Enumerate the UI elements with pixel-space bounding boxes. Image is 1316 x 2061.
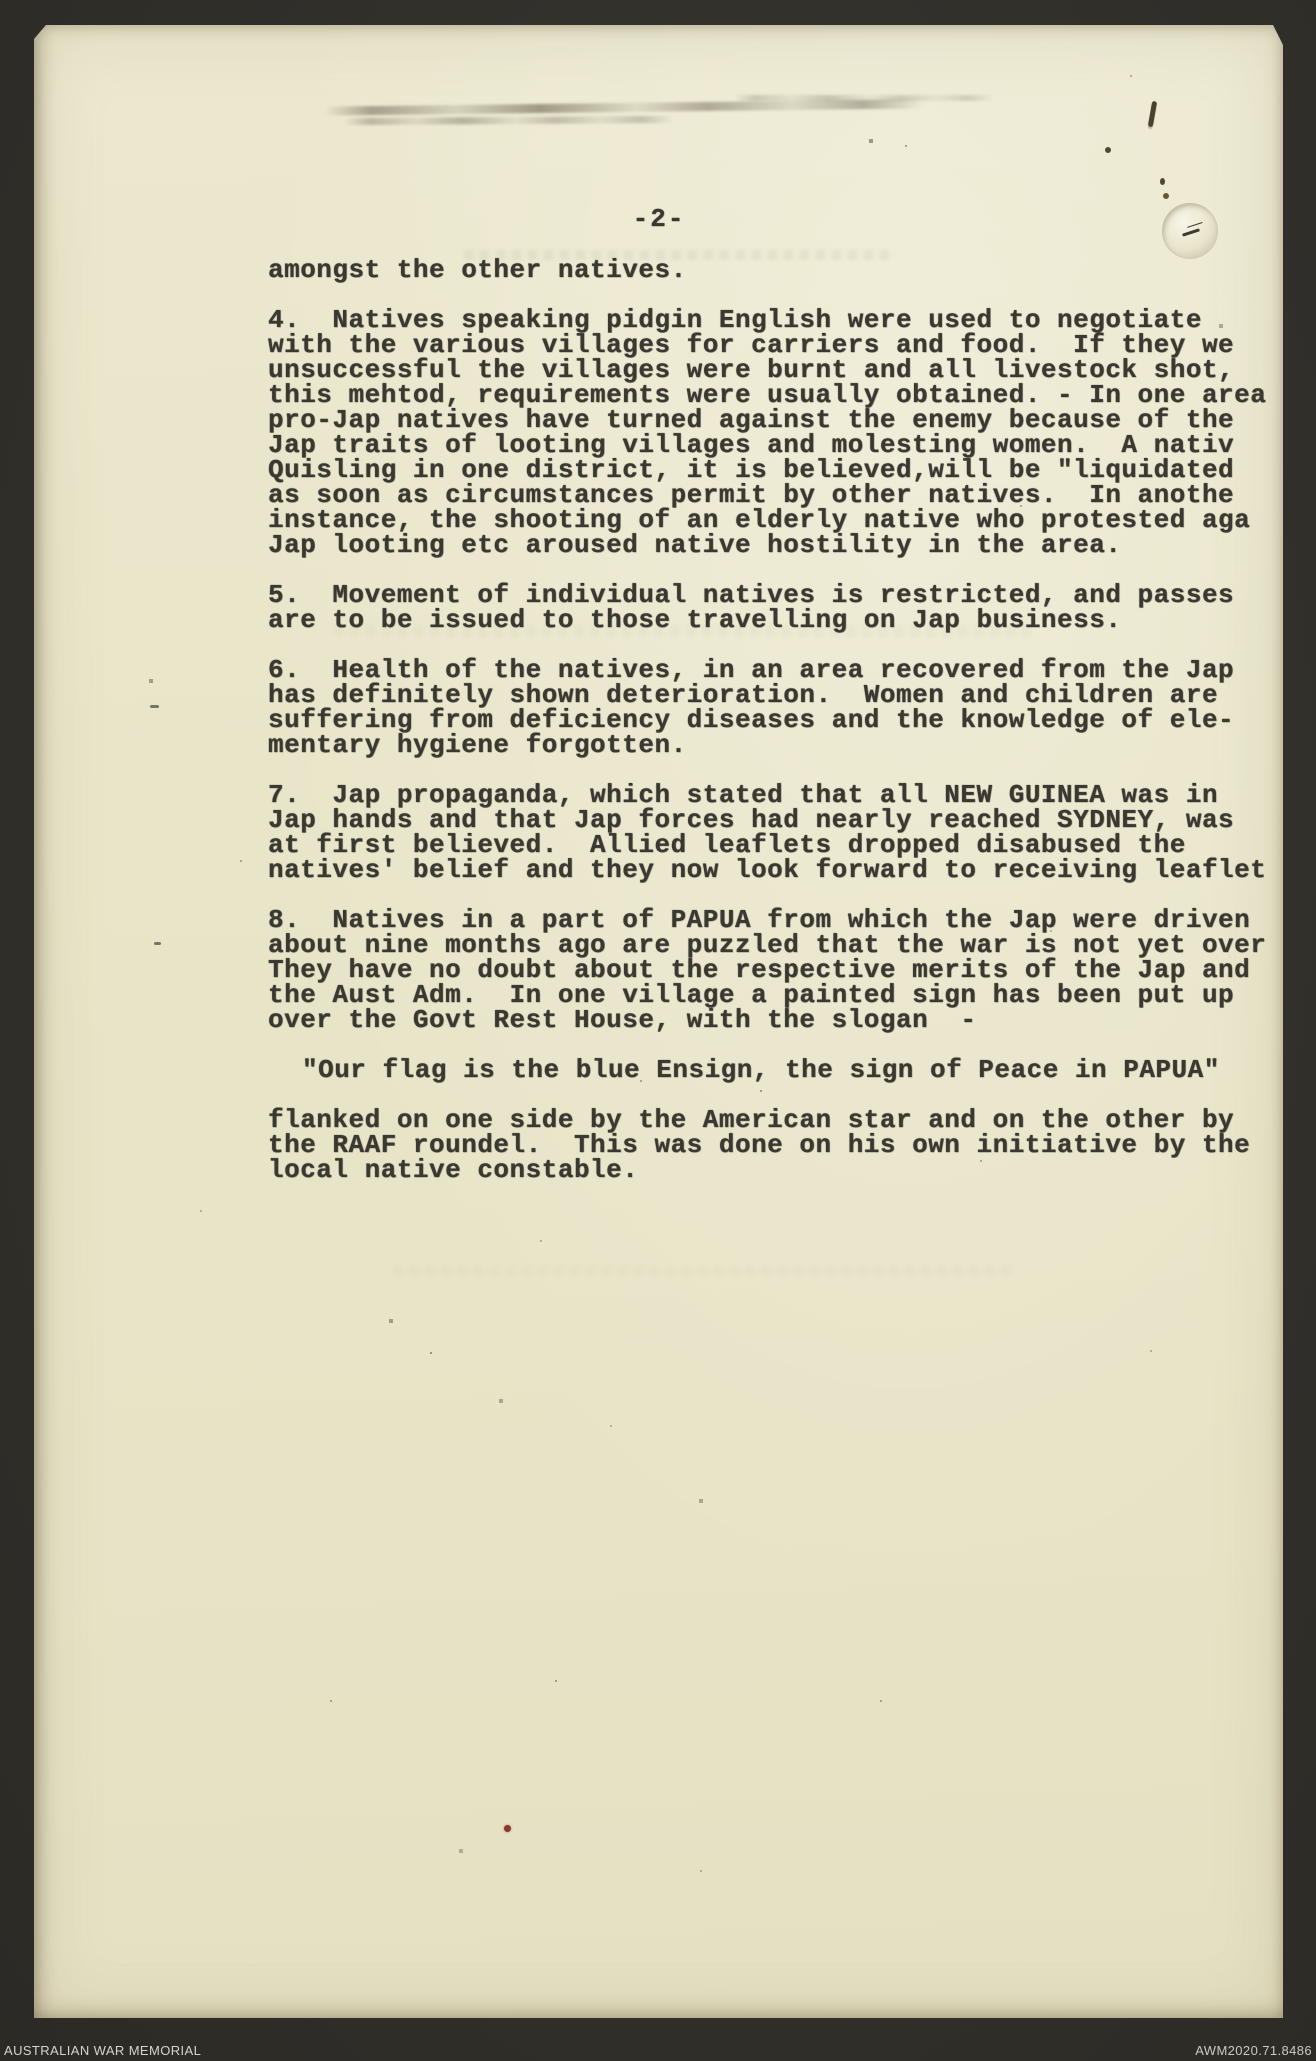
opening-line: amongst the other natives. — [268, 258, 1278, 283]
slogan-quote: "Our flag is the blue Ensign, the sign o… — [302, 1058, 1278, 1083]
stray-ink-mark — [154, 942, 161, 945]
paragraph-7: 7. Jap propaganda, which stated that all… — [268, 783, 1278, 883]
pinhole-slit-mark — [1148, 101, 1157, 127]
ink-smudge-mark — [324, 99, 924, 115]
paper-speckles — [34, 25, 36, 27]
paragraph-8: 8. Natives in a part of PAPUA from which… — [268, 908, 1278, 1033]
closing-paragraph: flanked on one side by the American star… — [268, 1108, 1278, 1183]
archive-name-label: AUSTRALIAN WAR MEMORIAL — [4, 2043, 201, 2058]
paragraph-6: 6. Health of the natives, in an area rec… — [268, 658, 1278, 758]
paragraph-5: 5. Movement of individual natives is res… — [268, 583, 1278, 633]
pinhole-mark — [1105, 147, 1111, 153]
scan-backdrop: -2- amongst the other natives. 4. Native… — [0, 0, 1316, 2061]
pinhole-mark — [1163, 193, 1169, 199]
paragraph-4: 4. Natives speaking pidgin English were … — [268, 308, 1278, 558]
pinhole-mark — [1160, 178, 1165, 185]
stray-ink-mark — [150, 705, 159, 708]
typed-text-column: amongst the other natives. 4. Natives sp… — [268, 258, 1278, 1183]
ghost-text-band — [394, 1265, 1014, 1277]
red-ink-dot — [504, 1825, 511, 1832]
page-number: -2- — [594, 207, 724, 232]
document-page-scan: -2- amongst the other natives. 4. Native… — [34, 25, 1283, 2018]
archive-reference-label: AWM2020.71.8486 — [1195, 2043, 1312, 2058]
ink-smudge-mark — [734, 95, 994, 101]
ink-smudge-mark — [344, 116, 674, 125]
